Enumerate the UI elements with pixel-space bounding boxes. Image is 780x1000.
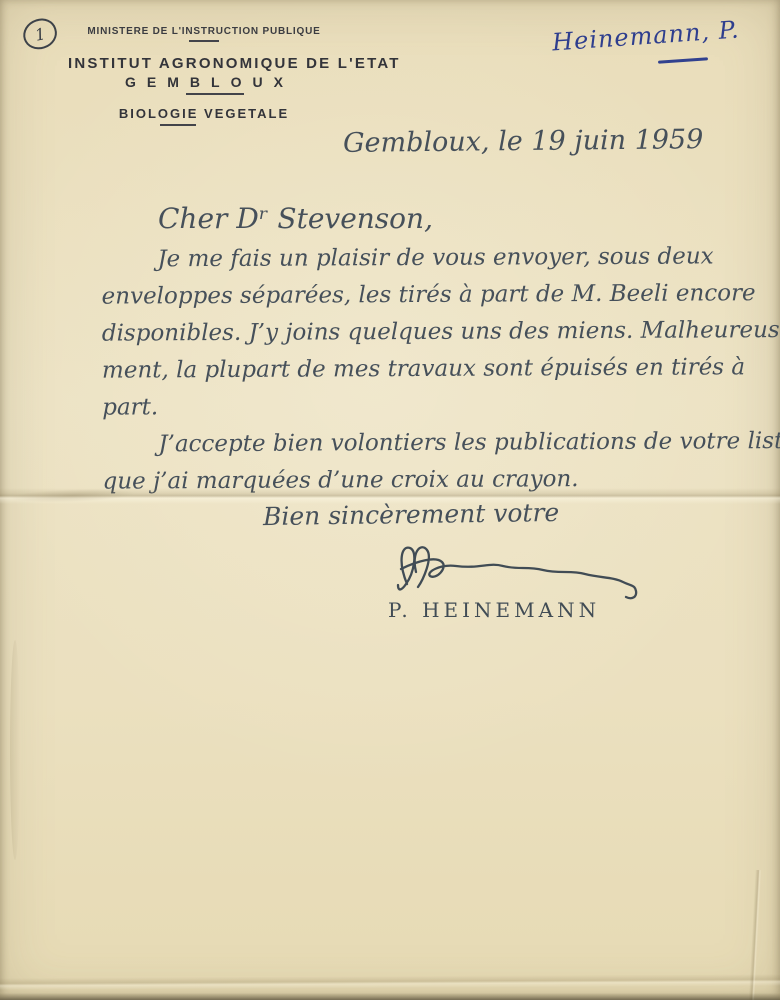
letterhead-ministry: MINISTERE DE L'INSTRUCTION PUBLIQUE: [68, 26, 340, 37]
letterhead-rule: [186, 93, 244, 95]
letterhead-institute: INSTITUT AGRONOMIQUE DE L'ETAT: [68, 55, 340, 72]
letterhead-city: GEMBLOUX: [68, 74, 340, 90]
body-line: part.: [102, 386, 720, 426]
signature-name: P. HEINEMANN: [388, 598, 600, 622]
letterhead-rule: [160, 124, 196, 126]
body-line: disponibles. J’y joins quelques uns des …: [102, 312, 720, 352]
paper-edge-shadow: [0, 993, 780, 1000]
letterhead-department: BIOLOGIE VEGETALE: [68, 106, 340, 121]
dateline: Gembloux, le 19 juin 1959: [343, 124, 704, 159]
body-line: enveloppes séparées, les tirés à part de…: [102, 275, 720, 315]
letter-body: Je me fais un plaisir de vous envoyer, s…: [101, 238, 720, 500]
letterhead: MINISTERE DE L'INSTRUCTION PUBLIQUE INST…: [68, 26, 340, 126]
filing-note-annotation: Heinemann, P.: [551, 15, 740, 56]
body-line: Je me fais un plaisir de vous envoyer, s…: [101, 238, 719, 278]
body-line: J’accepte bien volontiers les publicatio…: [102, 423, 720, 463]
scanned-letter-page: 1 MINISTERE DE L'INSTRUCTION PUBLIQUE IN…: [0, 0, 780, 1000]
salutation: Cher Dʳ Stevenson,: [158, 202, 433, 235]
paper-wrinkle: [10, 640, 20, 860]
fold-crease: [0, 974, 780, 990]
filing-note-underline: [658, 57, 708, 63]
signature-scribble: [383, 540, 655, 602]
page-number-annotation: 1: [19, 14, 61, 53]
letterhead-rule: [189, 40, 219, 42]
body-line: ment, la plupart de mes travaux sont épu…: [102, 349, 720, 389]
page-number: 1: [33, 24, 47, 45]
